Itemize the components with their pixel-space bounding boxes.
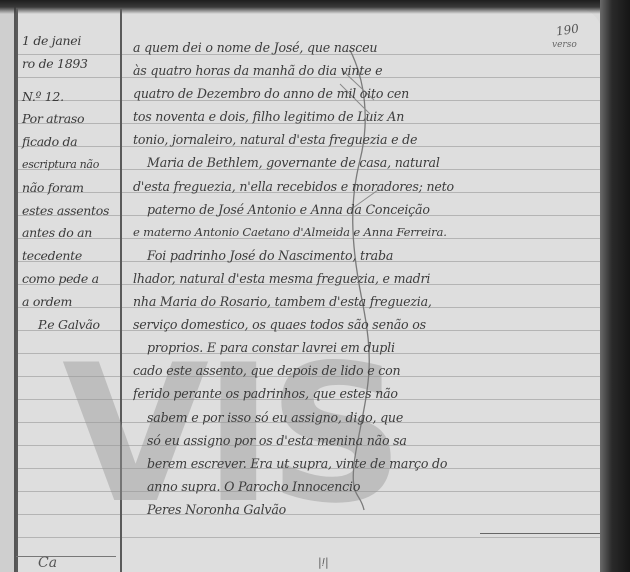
next-entry-mark: |ǃ| <box>318 556 329 569</box>
margin-left-line <box>16 8 18 572</box>
margin-note-line: não foram <box>22 177 120 200</box>
record-line: e materno Antonio Caetano d'Almeida e An… <box>133 221 591 244</box>
next-entry-margin-text: Ca <box>38 555 57 571</box>
margin-divider-line <box>120 8 122 572</box>
margin-note-line: Por atraso <box>22 108 120 131</box>
binding-shadow-top <box>0 0 630 14</box>
margin-date-line-2: ro de 1893 <box>22 53 120 76</box>
record-line: lhador, natural d'esta mesma freguezia, … <box>133 267 591 290</box>
record-line: paterno de José Antonio e Anna da Concei… <box>133 198 591 221</box>
record-line: berem escrever. Era ut supra, vinte de m… <box>133 452 591 475</box>
margin-note-line: tecedente <box>22 245 120 268</box>
signature-underline <box>480 533 600 534</box>
previous-page-edge <box>0 0 16 572</box>
record-line: sabem e por isso só eu assigno, digo, qu… <box>133 406 591 429</box>
margin-note-line: ficado da <box>22 131 120 154</box>
margin-date-line-1: 1 de janei <box>22 30 120 53</box>
record-line: só eu assigno por os d'esta menina não s… <box>133 429 591 452</box>
margin-note-line: antes do an <box>22 222 120 245</box>
record-line: a quem dei o nome de José, que nasceu <box>133 36 591 59</box>
margin-note-line: a ordem <box>22 291 120 314</box>
record-line: Foi padrinho José do Nascimento, traba <box>133 244 591 267</box>
record-line: ferido perante os padrinhos, que estes n… <box>133 382 591 405</box>
margin-signature: P.e Galvão <box>22 314 120 337</box>
margin-note-line: estes assentos <box>22 200 120 223</box>
margin-bottom-rule <box>16 556 116 557</box>
baptism-record-text: a quem dei o nome de José, que nasceu às… <box>133 36 591 521</box>
record-line: cado este assento, que depois de lido e … <box>133 359 591 382</box>
margin-entry-number: N.º 12. <box>22 86 120 109</box>
record-line: tonio, jornaleiro, natural d'esta fregue… <box>133 128 591 151</box>
ruled-line <box>16 537 602 538</box>
binding-shadow-right <box>600 0 630 572</box>
margin-note-line: escriptura não <box>22 154 120 177</box>
record-line: anno supra. O Parocho Innocencio <box>133 475 591 498</box>
record-line: às quatro horas da manhã do dia vinte e <box>133 59 591 82</box>
record-line: proprios. E para constar lavrei em dupli <box>133 336 591 359</box>
margin-annotation: 1 de janei ro de 1893 N.º 12. Por atraso… <box>22 30 120 336</box>
record-line: d'esta freguezia, n'ella recebidos e mor… <box>133 175 591 198</box>
priest-signature: Peres Noronha Galvão <box>133 498 591 521</box>
margin-note-line: como pede a <box>22 268 120 291</box>
record-line: serviço domestico, os quaes todos são se… <box>133 313 591 336</box>
margin-spacer <box>22 76 120 86</box>
record-line: nha Maria do Rosario, tambem d'esta freg… <box>133 290 591 313</box>
record-line: tos noventa e dois, filho legitimo de Lu… <box>133 105 591 128</box>
record-line: quatro de Dezembro do anno de mil oito c… <box>133 82 591 105</box>
document-scan: VIS 1 de janei ro de 1893 N.º 12. Por at… <box>0 0 630 572</box>
record-line: Maria de Bethlem, governante de casa, na… <box>133 151 591 174</box>
